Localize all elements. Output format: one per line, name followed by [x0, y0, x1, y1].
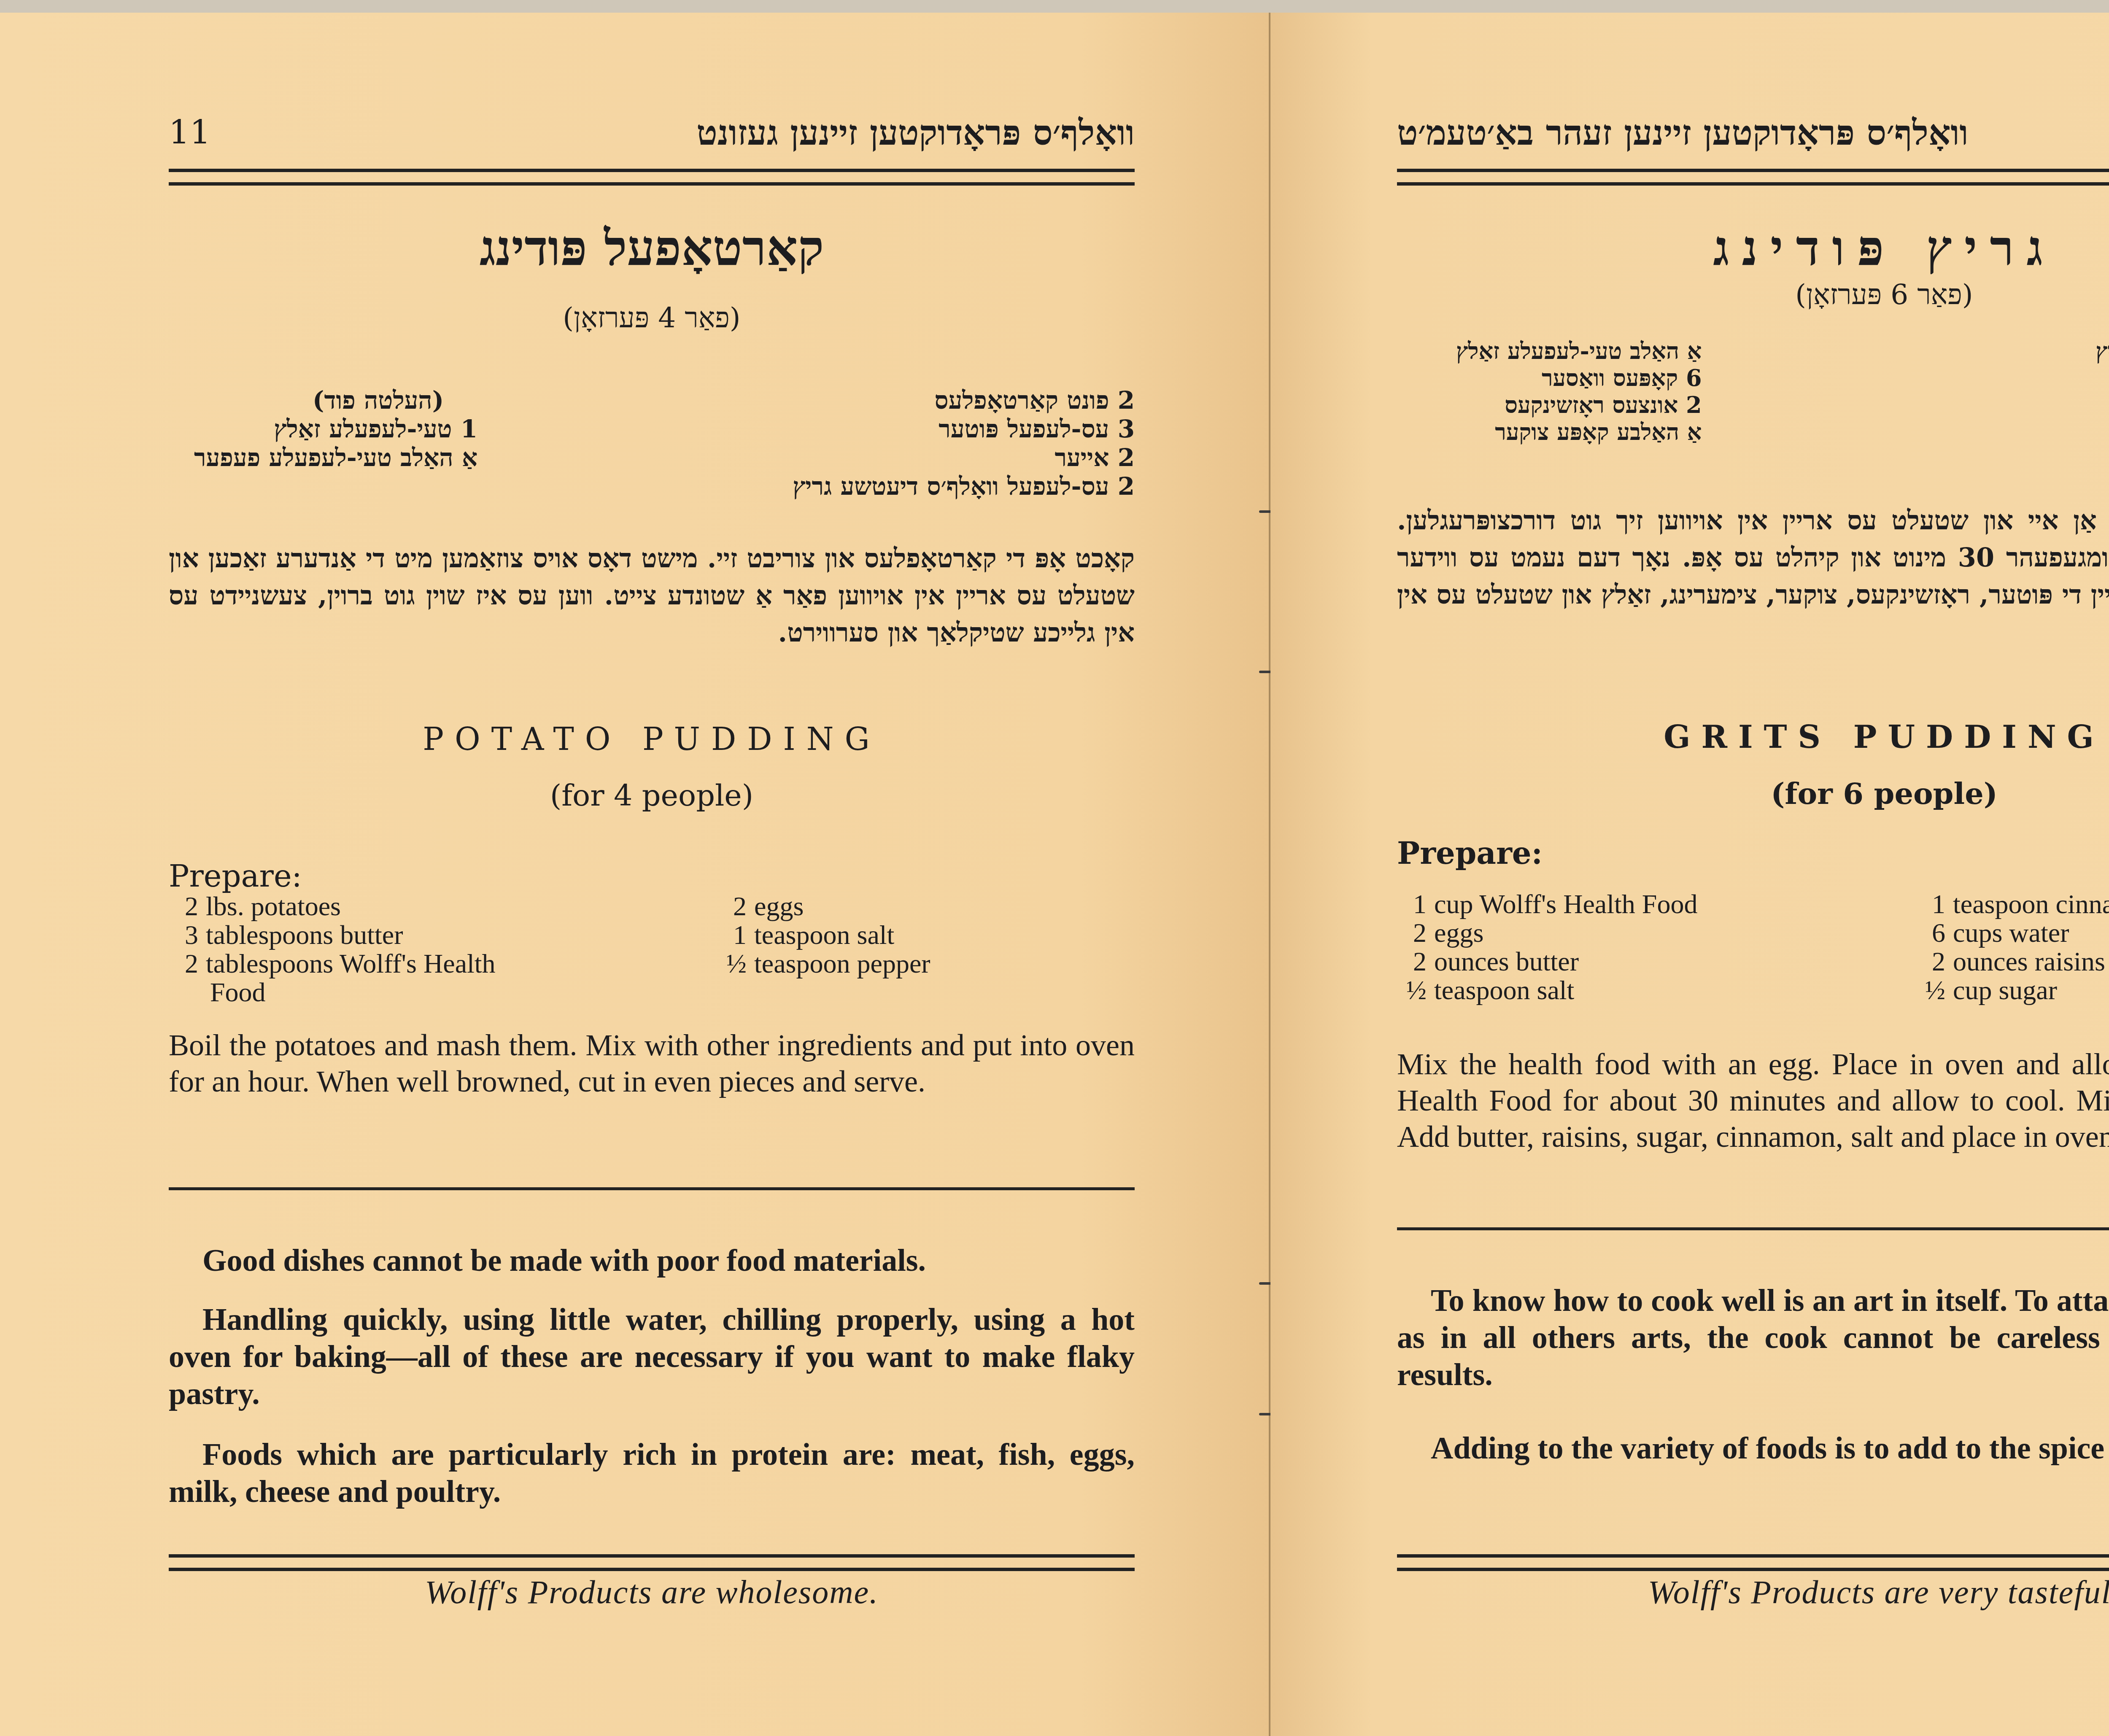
header-double-rule	[1397, 169, 2109, 186]
yiddish-ingredients-col1: 1 קאָפּע וואָלף׳ס דיעטשע גריץ (העלטה פוד…	[2096, 337, 2109, 472]
tip-paragraph: To know how to cook well is an art in it…	[1397, 1282, 2109, 1394]
footer-slogan: Wolff's Products are very tasteful.	[1397, 1573, 2109, 1611]
yiddish-instructions: מישט אויס די גריץ מיט אַן איי און שטעלט …	[1397, 502, 2109, 650]
yiddish-instructions: קאָכט אָפּ די קאַרטאָפלעס און צוריבט זיי…	[169, 540, 1135, 651]
list-item: (העלטה פוד)	[194, 386, 477, 415]
list-item: 2eggs	[1397, 919, 1916, 947]
tip-paragraph: Good dishes cannot be made with poor foo…	[169, 1242, 1135, 1279]
yiddish-ingredients-col1: 2 פונט קאַרטאָפלעס 3 עס-לעפעל פּוטער 2 א…	[793, 386, 1135, 501]
right-page-content: 10 וואָלף׳ס פּראָדוקטען זיינען זעהר באַ׳…	[1397, 13, 2109, 1736]
section-rule	[1397, 1227, 2109, 1230]
list-item: ½teaspoon salt	[1397, 976, 1916, 1005]
yiddish-recipe-title: קאַרטאָפעל פּודינג	[169, 219, 1135, 277]
yiddish-recipe-title: גריץ פּודינג	[1397, 219, 2109, 277]
english-ingredients-col1: 1cup Wolff's Health Food 2eggs 2ounces b…	[1397, 890, 1916, 1005]
list-item: ½cup sugar	[1916, 976, 2109, 1005]
english-ingredients-col2: 1teaspoon cinnamon 6cups water 2ounces r…	[1916, 890, 2109, 1005]
list-item: 1teaspoon salt	[717, 921, 930, 949]
yiddish-ingredients-col2: אַ האַלב טעי-לעפעלע זאַלץ 6 קאָפּעס וואַ…	[1397, 337, 1702, 472]
list-item: 1 קאָפּע וואָלף׳ס דיעטשע גריץ	[2096, 337, 2109, 364]
english-instructions: Boil the potatoes and mash them. Mix wit…	[169, 1027, 1135, 1100]
tip-paragraph: Foods which are particularly rich in pro…	[169, 1436, 1135, 1510]
list-item: 1 טעי-לעפעלע צימערינג	[2096, 445, 2109, 472]
list-item: 2ounces butter	[1397, 947, 1916, 976]
list-item: 1cup Wolff's Health Food	[1397, 890, 1916, 919]
list-item: 2lbs. potatoes	[169, 892, 717, 921]
english-serves: (for 4 people)	[169, 778, 1135, 813]
list-item: ½teaspoon pepper	[717, 949, 930, 978]
list-item: 2 פונט קאַרטאָפלעס	[793, 386, 1135, 415]
tip-paragraph: Adding to the variety of foods is to add…	[1397, 1430, 2109, 1467]
english-ingredients: 1cup Wolff's Health Food 2eggs 2ounces b…	[1397, 890, 2109, 1005]
prepare-label: Prepare:	[1397, 835, 1543, 871]
right-page: 10 וואָלף׳ס פּראָדוקטען זיינען זעהר באַ׳…	[1270, 13, 2109, 1736]
open-booklet: וואָלף׳ס פּראָדוקטען זיינען געזונט 11 קא…	[0, 13, 2109, 1736]
running-head: 10 וואָלף׳ס פּראָדוקטען זיינען זעהר באַ׳…	[1397, 108, 2109, 158]
english-instructions: Mix the health food with an egg. Place i…	[1397, 1046, 2109, 1155]
english-recipe-title: GRITS PUDDING	[1397, 719, 2109, 755]
list-item: 2 עס-לעפעל וואָלף׳ס דיעטשע גריץ	[793, 472, 1135, 501]
running-head-text: וואָלף׳ס פּראָדוקטען זיינען געזונט	[696, 113, 1135, 153]
yiddish-ingredients: 1 קאָפּע וואָלף׳ס דיעטשע גריץ (העלטה פוד…	[1397, 337, 2109, 472]
section-rule	[169, 1187, 1135, 1190]
list-item: 2 אייער	[2096, 391, 2109, 418]
page-number: 11	[169, 114, 210, 152]
list-item: 1teaspoon cinnamon	[1916, 890, 2109, 919]
list-item: 2 אייער	[793, 443, 1135, 472]
list-item: 2 אונצעס ראָזשינקעס	[1456, 391, 1702, 418]
list-item: אַ האַלב טעי-לעפעלע זאַלץ	[1456, 337, 1702, 364]
english-ingredients-col1: 2lbs. potatoes 3tablespoons butter 2tabl…	[169, 892, 717, 1007]
list-item: Food	[169, 978, 717, 1007]
yiddish-ingredients: 2 פונט קאַרטאָפלעס 3 עס-לעפעל פּוטער 2 א…	[169, 386, 1135, 501]
left-page-content: וואָלף׳ס פּראָדוקטען זיינען געזונט 11 קא…	[169, 13, 1135, 1736]
list-item: 3 עס-לעפעל פּוטער	[793, 415, 1135, 443]
list-item: 2 אונצעס פּוטער	[2096, 418, 2109, 445]
running-head-text: וואָלף׳ס פּראָדוקטען זיינען זעהר באַ׳טעמ…	[1397, 113, 1969, 153]
left-page: וואָלף׳ס פּראָדוקטען זיינען געזונט 11 קא…	[0, 13, 1270, 1736]
header-double-rule	[169, 169, 1135, 186]
list-item: 2tablespoons Wolff's Health	[169, 949, 717, 978]
yiddish-serves: (פאַר 4 פּערזאָן)	[169, 302, 1135, 334]
footer-double-rule	[169, 1554, 1135, 1571]
tip-paragraph: Handling quickly, using little water, ch…	[169, 1301, 1135, 1413]
list-item: 6 קאָפּעס וואַסער	[1456, 364, 1702, 391]
english-serves: (for 6 people)	[1397, 776, 2109, 811]
footer-double-rule	[1397, 1554, 2109, 1571]
running-head: וואָלף׳ס פּראָדוקטען זיינען געזונט 11	[169, 108, 1135, 158]
prepare-label: Prepare:	[169, 858, 302, 894]
list-item: 3tablespoons butter	[169, 921, 717, 949]
english-recipe-title: POTATO PUDDING	[169, 721, 1135, 757]
list-item: 1 טעי-לעפעלע זאַלץ	[194, 415, 477, 443]
list-item: 2eggs	[717, 892, 930, 921]
footer-slogan: Wolff's Products are wholesome.	[169, 1573, 1135, 1611]
english-ingredients: 2lbs. potatoes 3tablespoons butter 2tabl…	[169, 892, 1135, 1007]
list-item: אַ האַלב טעי-לעפעלע פעפער	[194, 443, 477, 472]
english-ingredients-col2: 2eggs 1teaspoon salt ½teaspoon pepper	[717, 892, 930, 1007]
list-item: (העלטה פוד)	[2096, 364, 2109, 391]
list-item: אַ האַלבע קאָפּע צוקער	[1456, 418, 1702, 445]
yiddish-serves: (פאַר 6 פּערזאָן)	[1397, 278, 2109, 311]
list-item: 6cups water	[1916, 919, 2109, 947]
yiddish-ingredients-col2: (העלטה פוד) 1 טעי-לעפעלע זאַלץ אַ האַלב …	[169, 386, 477, 501]
list-item: 2ounces raisins	[1916, 947, 2109, 976]
